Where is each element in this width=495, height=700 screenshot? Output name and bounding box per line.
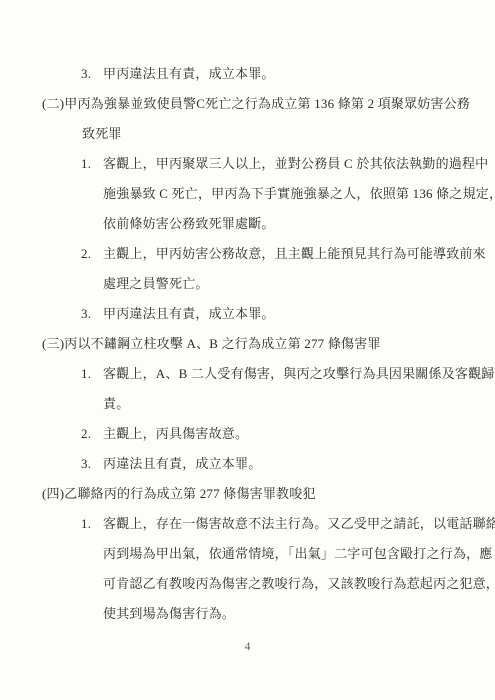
- line-text: 客觀上，A、B 二人受有傷害，與丙之攻擊行為具因果關係及客觀歸: [103, 366, 495, 381]
- line-text: 客觀上，存在一傷害故意不法主行為。又乙受甲之請託，以電話聯絡: [103, 516, 495, 531]
- line-text: 可肯認乙有教唆丙為傷害之教唆行為，又該教唆行為惹起丙之犯意，: [103, 576, 495, 591]
- document-page: 3.甲丙違法且有責，成立本罪。(二)甲丙為強暴並致使員警C死亡之行為成立第 13…: [0, 0, 495, 700]
- section-heading-line: (三)丙以不鏽鋼立柱攻擊 A、B 之行為成立第 277 條傷害罪: [0, 329, 495, 359]
- line-text: (三)丙以不鏽鋼立柱攻擊 A、B 之行為成立第 277 條傷害罪: [42, 336, 381, 351]
- text-line: 可肯認乙有教唆丙為傷害之教唆行為，又該教唆行為惹起丙之犯意，: [0, 569, 495, 599]
- list-number: 1.: [81, 359, 103, 389]
- line-text: 主觀上，甲丙妨害公務故意，且主觀上能預見其行為可能導致前來: [103, 246, 486, 261]
- page-number: 4: [0, 637, 495, 657]
- section-heading-line: (二)甲丙為強暴並致使員警C死亡之行為成立第 136 條第 2 項聚眾妨害公務: [0, 89, 495, 119]
- line-text: 主觀上，丙具傷害故意。: [103, 426, 248, 441]
- list-number: 3.: [81, 449, 103, 479]
- line-text: 丙違法且有責，成立本罪。: [103, 456, 261, 471]
- list-number: 2.: [81, 419, 103, 449]
- text-line: 2.主觀上，丙具傷害故意。: [0, 419, 495, 449]
- line-text: 施強暴致 C 死亡，甲丙為下手實施強暴之人，依照第 136 條之規定，: [103, 186, 495, 201]
- text-line: 致死罪: [0, 119, 495, 149]
- line-text: 丙到場為甲出氣，依通常情境，「出氣」二字可包含毆打之行為，應: [103, 546, 493, 561]
- line-text: 依前條妨害公務致死罪處斷。: [103, 216, 275, 231]
- text-line: 丙到場為甲出氣，依通常情境，「出氣」二字可包含毆打之行為，應: [0, 539, 495, 569]
- text-line: 施強暴致 C 死亡，甲丙為下手實施強暴之人，依照第 136 條之規定，: [0, 179, 495, 209]
- line-text: 責。: [103, 396, 129, 411]
- line-text: 客觀上，甲丙聚眾三人以上，並對公務員 C 於其依法執勤的過程中: [103, 156, 488, 171]
- text-line: 責。: [0, 389, 495, 419]
- line-text: (二)甲丙為強暴並致使員警C死亡之行為成立第 136 條第 2 項聚眾妨害公務: [42, 96, 470, 111]
- line-text: 甲丙違法且有責，成立本罪。: [103, 306, 275, 321]
- section-heading-line: (四)乙聯絡丙的行為成立第 277 條傷害罪教唆犯: [0, 479, 495, 509]
- list-number: 1.: [81, 509, 103, 539]
- list-number: 2.: [81, 239, 103, 269]
- list-number: 3.: [81, 299, 103, 329]
- text-line: 3.丙違法且有責，成立本罪。: [0, 449, 495, 479]
- text-line: 3.甲丙違法且有責，成立本罪。: [0, 59, 495, 89]
- line-text: 甲丙違法且有責，成立本罪。: [103, 66, 275, 81]
- text-line: 使其到場為傷害行為。: [0, 599, 495, 629]
- text-line: 依前條妨害公務致死罪處斷。: [0, 209, 495, 239]
- line-text: (四)乙聯絡丙的行為成立第 277 條傷害罪教唆犯: [42, 486, 316, 501]
- line-text: 處理之員警死亡。: [103, 276, 209, 291]
- text-line: 處理之員警死亡。: [0, 269, 495, 299]
- line-text: 致死罪: [82, 126, 122, 141]
- text-line: 1.客觀上，A、B 二人受有傷害，與丙之攻擊行為具因果關係及客觀歸: [0, 359, 495, 389]
- text-line: 1.客觀上，甲丙聚眾三人以上，並對公務員 C 於其依法執勤的過程中: [0, 149, 495, 179]
- text-line: 1.客觀上，存在一傷害故意不法主行為。又乙受甲之請託，以電話聯絡: [0, 509, 495, 539]
- document-body: 3.甲丙違法且有責，成立本罪。(二)甲丙為強暴並致使員警C死亡之行為成立第 13…: [0, 59, 495, 629]
- list-number: 3.: [81, 59, 103, 89]
- text-line: 3.甲丙違法且有責，成立本罪。: [0, 299, 495, 329]
- list-number: 1.: [81, 149, 103, 179]
- text-line: 2.主觀上，甲丙妨害公務故意，且主觀上能預見其行為可能導致前來: [0, 239, 495, 269]
- line-text: 使其到場為傷害行為。: [103, 606, 235, 621]
